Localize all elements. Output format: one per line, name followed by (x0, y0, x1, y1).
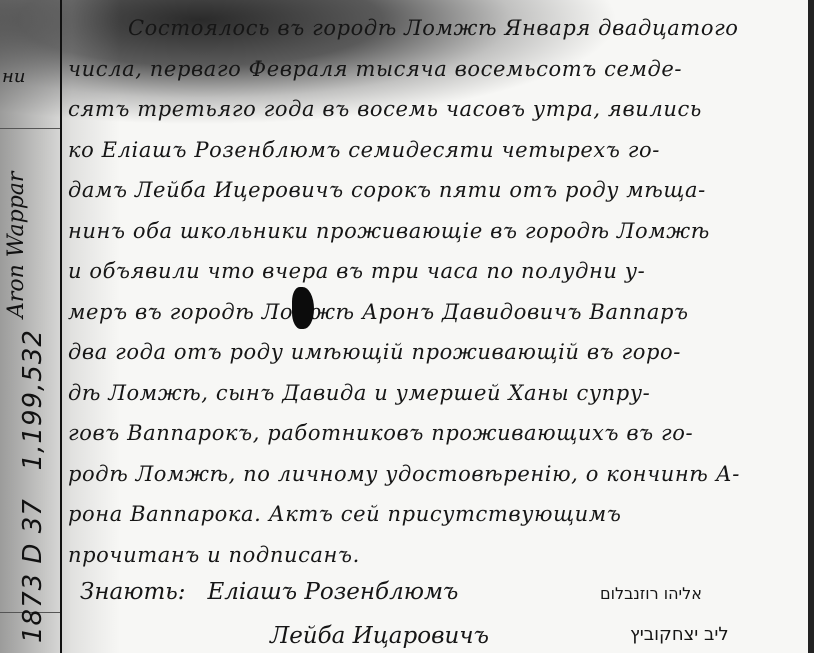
text-line: прочитанъ и подписанъ. (68, 535, 808, 576)
signature-label: Знають: (80, 579, 186, 605)
signature-name: Лейба Ицаровичъ (270, 623, 489, 649)
text-line: меръ въ городѣ Ломжѣ Аронъ Давидовичъ Ва… (68, 292, 808, 333)
text-line: нинъ оба школьники проживающіе въ городѣ… (68, 211, 808, 252)
text-line: Состоялось въ городѣ Ломжѣ Января двадца… (68, 8, 808, 49)
film-reference: 1,199,532 (18, 329, 48, 470)
record-body: Состоялось въ городѣ Ломжѣ Января двадца… (68, 8, 808, 575)
margin-name-note: Aron Wappar (4, 172, 29, 318)
signature-name: Еліашъ Розенблюмъ (207, 579, 458, 605)
text-line: сятъ третьяго года въ восемь часовъ утра… (68, 89, 808, 130)
text-line: родѣ Ломжѣ, по личному удостовѣренію, о … (68, 454, 808, 495)
text-line: дѣ Ломжѣ, сынъ Давида и умершей Ханы суп… (68, 373, 808, 414)
document-scan: ни Aron Wappar 1873 D 37 1,199,532 Состо… (0, 0, 814, 653)
margin-record-number: 1873 D 37 1,199,532 (18, 329, 48, 643)
signature-row: Лейба Ицаровичъ (80, 614, 560, 653)
text-line: говъ Ваппарокъ, работниковъ проживающихъ… (68, 413, 808, 454)
text-line: ко Еліашъ Розенблюмъ семидесяти четырехъ… (68, 130, 808, 171)
hebrew-signature: ליב יצחקוביץ (630, 624, 729, 645)
record-number: 1873 D 37 (18, 498, 48, 643)
signature-block: Знають: Еліашъ Розенблюмъ Лейба Ицарович… (80, 570, 560, 653)
text-line: рона Ваппарока. Актъ сей присутствующимъ (68, 494, 808, 535)
margin-rule (60, 0, 62, 653)
text-line: числа, перваго Февраля тысяча восемьсотъ… (68, 49, 808, 90)
margin-divider (0, 128, 60, 129)
text-line: два года отъ роду имѣющій проживающій въ… (68, 332, 808, 373)
page-edge (808, 0, 814, 653)
hebrew-signature: אליהו רוזנבלום (600, 584, 702, 603)
text-line: и объявили что вчера въ три часа по полу… (68, 251, 808, 292)
ink-blot (292, 287, 314, 329)
signature-row: Знають: Еліашъ Розенблюмъ (80, 570, 560, 614)
margin-fragment: ни (2, 66, 25, 87)
text-line: дамъ Лейба Ицеровичъ сорокъ пяти отъ род… (68, 170, 808, 211)
